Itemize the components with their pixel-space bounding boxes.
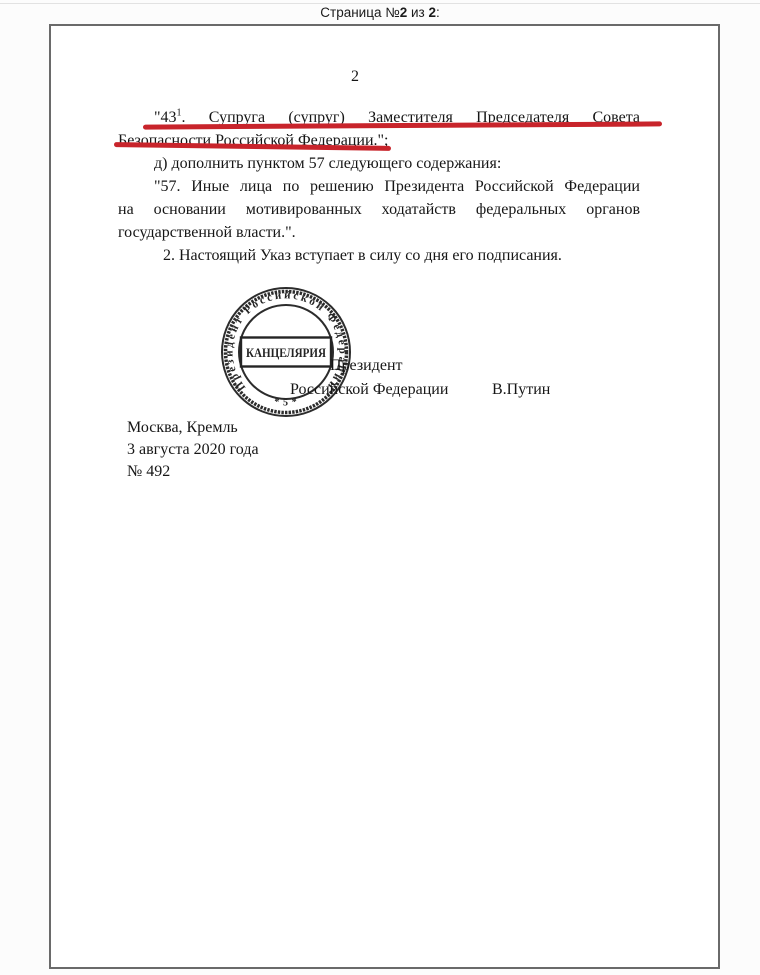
page-indicator-prefix: Страница № xyxy=(320,5,399,20)
document-page-number: 2 xyxy=(340,68,370,86)
page-indicator: Страница №2 из 2: xyxy=(0,5,760,20)
text-line-6: государственной власти.". xyxy=(118,221,640,244)
page-indicator-separator: из xyxy=(407,5,428,20)
text-line-3: д) дополнить пунктом 57 следующего содер… xyxy=(118,152,640,175)
stamp-center-text: КАНЦЕЛЯРИЯ xyxy=(246,345,327,360)
text-line-7: 2. Настоящий Указ вступает в силу со дня… xyxy=(118,244,640,267)
chancellery-stamp-icon: Президент Российской Федерации * 5 * КАН… xyxy=(218,284,354,420)
footer-date: 3 августа 2020 года xyxy=(127,441,259,459)
footer-doc-number: № 492 xyxy=(127,463,170,481)
document-body: "431. Супруга (супруг) Заместителя Предс… xyxy=(118,106,640,267)
screenshot-root: Страница №2 из 2: 2 "431. Супруга (супру… xyxy=(0,0,760,975)
footer-place: Москва, Кремль xyxy=(127,419,238,437)
page-indicator-total: 2 xyxy=(428,5,436,20)
top-divider xyxy=(0,3,760,4)
text-line-5: на основании мотивированных ходатайств ф… xyxy=(118,198,640,221)
page-indicator-suffix: : xyxy=(436,5,440,20)
signature-title-line-1: Президент xyxy=(330,357,403,375)
signature-title-line-2: Российской Федерации xyxy=(290,381,448,399)
signature-name: В.Путин xyxy=(492,381,550,399)
text-line-4: "57. Иные лица по решению Президента Рос… xyxy=(118,175,640,198)
